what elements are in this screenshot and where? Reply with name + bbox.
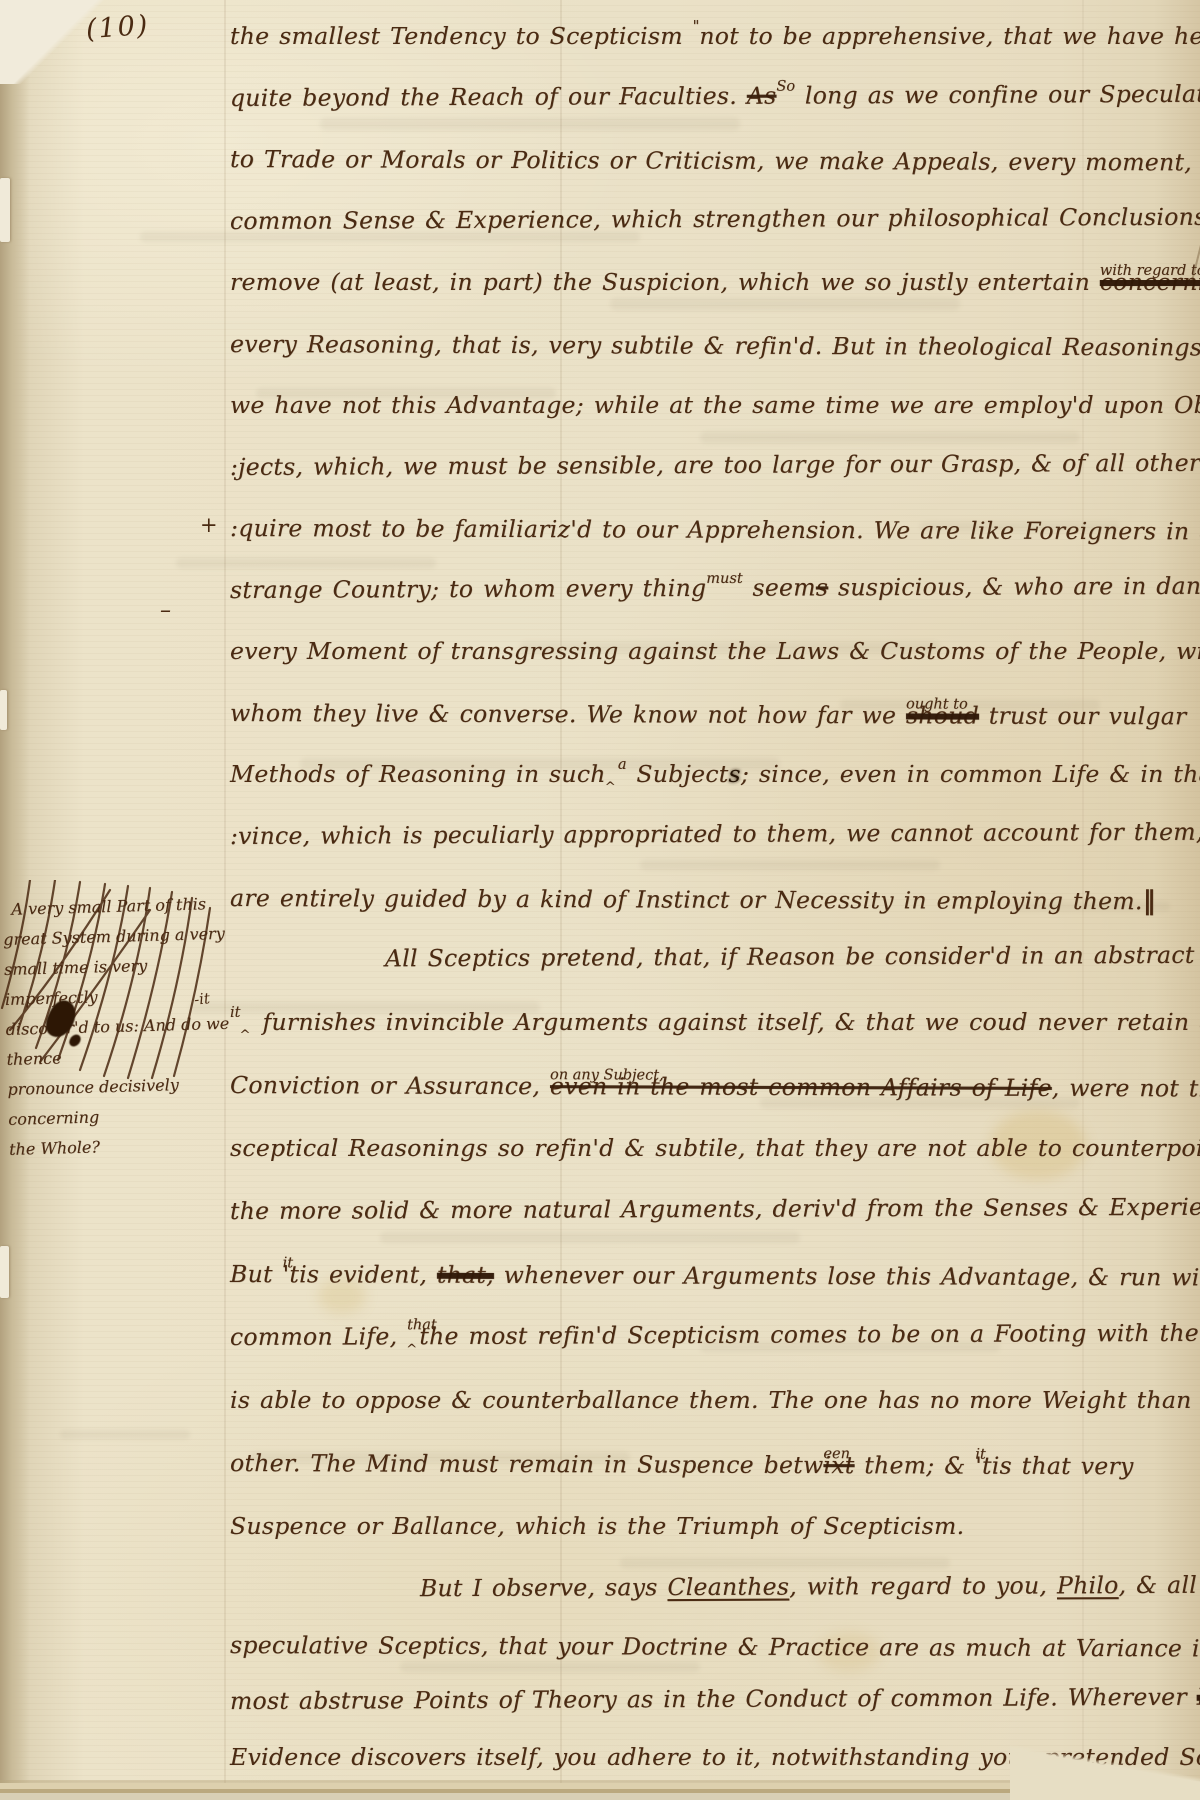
text-run: Methods of Reasoning in such [230, 760, 606, 788]
manuscript-line: speculative Sceptics, that your Doctrine… [230, 1631, 1130, 1690]
page-number: (10) [85, 10, 150, 45]
showthrough-smudge [60, 1430, 190, 1439]
manuscript-line: are entirely guided by a kind of Instinc… [230, 883, 1130, 948]
manuscript-line: the smallest Tendency to Scepticism "not… [230, 22, 1130, 84]
text-run: 'tis evident, [283, 1260, 437, 1289]
text-run: every Reasoning, that is, very subtile &… [230, 330, 1200, 361]
manuscript-line: it^ furnishes invincible Arguments again… [230, 1008, 1130, 1071]
margin-note-line: discover'd to us: And do we thence [5, 1008, 247, 1075]
manuscript-line: every Moment of transgressing against th… [230, 637, 1130, 699]
manuscript-line: Conviction or Assurance, on any Subject,… [230, 1071, 1130, 1137]
text-run: , were not the [1052, 1073, 1200, 1102]
text-run: speculative Sceptics, that your Doctrine… [230, 1631, 1200, 1663]
manuscript-line: the more solid & more natural Arguments,… [230, 1193, 1130, 1260]
blotted-letter: s [729, 760, 741, 788]
paper-edge-chip [0, 178, 10, 242]
manuscript-line: we have not this Advantage; while at the… [230, 391, 1130, 453]
text-run: them; & [854, 1451, 975, 1479]
margin-plus-mark: + [200, 513, 218, 537]
struck-text: s [816, 573, 828, 601]
text-run: to Trade or Morals or Politics or Critic… [230, 145, 1200, 176]
text-run: whom they live & converse. We know not h… [230, 699, 906, 729]
manuscript-line: But I observe, says Cleanthes, with rega… [230, 1571, 1130, 1631]
underlined-name: Cleanthes [667, 1572, 789, 1601]
struck-text: that, [437, 1260, 494, 1288]
struck-text: concerning [1100, 268, 1200, 296]
manuscript-text: the smallest Tendency to Scepticism "not… [230, 22, 1130, 1799]
manuscript-line: But it'tis evident, that, whenever our A… [230, 1260, 1130, 1326]
text-run: strange Country; to whom every thing [230, 573, 707, 603]
text-run: suspicious, & who are in danger [828, 571, 1200, 601]
text-run: the most refin'd Scepticism comes to be … [419, 1318, 1200, 1350]
text-run: Suspence or Ballance, which is the Trium… [230, 1512, 964, 1540]
text-run: are entirely guided by a kind of Instinc… [230, 884, 1143, 915]
manuscript-line: :vince, which is peculiarly appropriated… [230, 818, 1130, 883]
margin-note-line: pronounce decisively concerning [7, 1068, 249, 1135]
manuscript-line: Suspence or Ballance, which is the Trium… [230, 1512, 1130, 1575]
paper-edge-chip [0, 1246, 9, 1298]
inserted-text: a [618, 757, 627, 773]
text-run: remove (at least, in part) the Suspicion… [230, 268, 1100, 296]
paragraph-mark: ‖ [1143, 886, 1153, 916]
manuscript-line: other. The Mind must remain in Suspence … [230, 1449, 1130, 1515]
text-run: whenever our Arguments lose this Advanta… [494, 1260, 1200, 1291]
manuscript-line: All Sceptics pretend, that, if Reason be… [230, 941, 1130, 1008]
manuscript-line: to Trade or Morals or Politics or Critic… [230, 145, 1130, 210]
text-run: :jects, which, we must be sensible, are … [230, 448, 1200, 481]
text-run: , & all [1119, 1570, 1198, 1598]
manuscript-line: common Sense & Experience, which strengt… [230, 203, 1130, 268]
manuscript-line: :quire most to be familiariz'd to our Ap… [230, 514, 1130, 579]
caret-mark: ^ [605, 780, 616, 795]
struck-text: Evid [1197, 1682, 1200, 1710]
manuscript-line: most abstruse Points of Theory as in the… [230, 1683, 1130, 1743]
text-run: common Sense & Experience, which strengt… [230, 202, 1200, 234]
caret-mark: ^ [406, 1342, 417, 1357]
inserted-text: " [693, 19, 700, 35]
manuscript-line: common Life, that^the most refin'd Scept… [230, 1319, 1130, 1386]
struck-text: shoud [906, 701, 979, 729]
manuscript-line: is able to oppose & counterballance them… [230, 1386, 1130, 1449]
paper-bottom-tear [1010, 1740, 1200, 1800]
text-run: sceptical Reasonings so refin'd & subtil… [230, 1134, 1200, 1162]
manuscript-line: every Reasoning, that is, very subtile &… [230, 330, 1130, 395]
text-run: :quire most to be familiariz'd to our Ap… [230, 514, 1200, 545]
manuscript-line: sceptical Reasonings so refin'd & subtil… [230, 1134, 1130, 1197]
paper-edge-chip [0, 690, 7, 730]
text-run: other. The Mind must remain in Suspence … [230, 1449, 823, 1479]
manuscript-line: whom they live & converse. We know not h… [230, 699, 1130, 764]
text-run: the smallest Tendency to Scepticism [230, 22, 693, 50]
margin-note: A very small Part of thisgreat System du… [2, 888, 249, 1165]
underlined-name: Philo [1057, 1571, 1119, 1599]
manuscript-line: quite beyond the Reach of our Faculties.… [230, 80, 1130, 145]
text-run: trust our vulgar [979, 701, 1187, 730]
text-run: common Life, [230, 1322, 407, 1351]
margin-catchword: -it [193, 989, 211, 1009]
text-run: most abstruse Points of Theory as in the… [230, 1682, 1197, 1714]
text-run: Conviction or Assurance, [230, 1071, 550, 1100]
text-run: furnishes invincible Arguments against i… [253, 1008, 1200, 1036]
manuscript-line: Methods of Reasoning in such^a Subjects;… [230, 760, 1130, 822]
text-run: we have not this Advantage; while at the… [230, 391, 1200, 419]
text-run: every Moment of transgressing against th… [230, 637, 1200, 665]
text-run: All Sceptics pretend, that, if Reason be… [385, 940, 1200, 972]
inserted-text: So [776, 78, 795, 94]
inserted-text: must [706, 570, 742, 586]
text-run: is able to oppose & counterballance them… [230, 1386, 1200, 1414]
text-run: :vince, which is peculiarly appropriated… [230, 817, 1200, 849]
text-run: Subject [627, 760, 729, 788]
manuscript-line: strange Country; to whom every thingmust… [230, 572, 1130, 637]
margin-dash-mark: – [160, 598, 171, 623]
manuscript-line: :jects, which, we must be sensible, are … [230, 449, 1130, 514]
text-run: 'tis that very [975, 1451, 1133, 1480]
manuscript-page: (10) the smallest Tendency to Scepticism… [0, 0, 1200, 1800]
text-run: ; since, even in common Life & in that P… [741, 760, 1200, 788]
text-run: long as we confine our Speculations [795, 79, 1200, 109]
struck-text: As [747, 81, 777, 109]
margin-note-line: the Whole? [9, 1128, 250, 1165]
manuscript-line: remove (at least, in part) the Suspicion… [230, 268, 1130, 330]
text-run: But I observe, says [420, 1573, 668, 1602]
text-run: the more solid & more natural Arguments,… [230, 1192, 1200, 1224]
text-run: not to be apprehensive, that we have her… [699, 22, 1200, 50]
text-run: quite beyond the Reach of our Faculties. [230, 81, 747, 111]
text-run: , with regard to you, [789, 1571, 1057, 1600]
text-run: seem [743, 573, 816, 601]
text-run: But [230, 1260, 283, 1288]
